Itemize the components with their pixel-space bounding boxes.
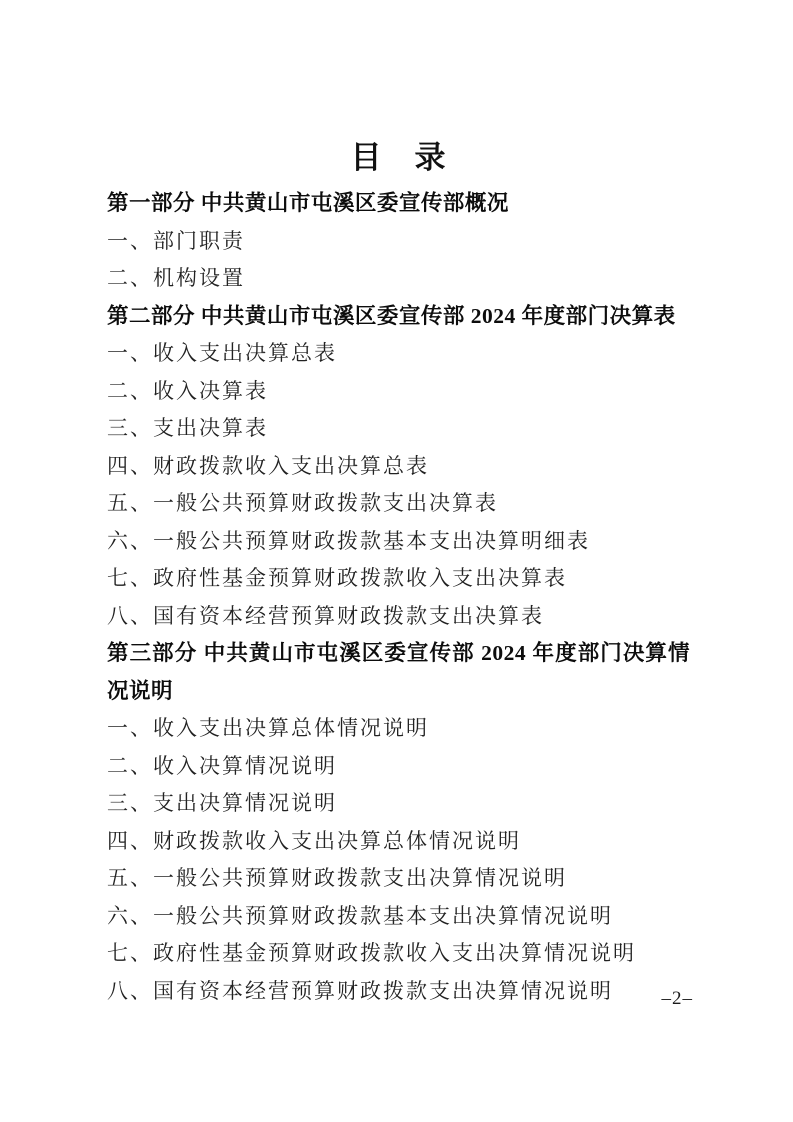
toc-item-part3-5: 五、一般公共预算财政拨款支出决算情况说明 — [107, 860, 690, 898]
document-page: 目 录 第一部分 中共黄山市屯溪区委宣传部概况 一、部门职责 二、机构设置 第二… — [0, 0, 793, 1122]
page-title: 目 录 — [107, 138, 690, 178]
toc-part-2-heading: 第二部分 中共黄山市屯溪区委宣传部 2024 年度部门决算表 — [107, 298, 690, 336]
toc-item-part2-3: 三、支出决算表 — [107, 410, 690, 448]
toc-part-3-heading: 第三部分 中共黄山市屯溪区委宣传部 2024 年度部门决算情况说明 — [107, 635, 690, 710]
toc-item-part2-2: 二、收入决算表 — [107, 373, 690, 411]
toc-item-part3-1: 一、收入支出决算总体情况说明 — [107, 710, 690, 748]
toc-item-part3-4: 四、财政拨款收入支出决算总体情况说明 — [107, 823, 690, 861]
toc-item-part3-6: 六、一般公共预算财政拨款基本支出决算情况说明 — [107, 898, 690, 936]
toc-item-part2-7: 七、政府性基金预算财政拨款收入支出决算表 — [107, 560, 690, 598]
toc-item-part2-1: 一、收入支出决算总表 — [107, 335, 690, 373]
page-number: –2– — [662, 988, 694, 1010]
toc-item-part1-2: 二、机构设置 — [107, 260, 690, 298]
table-of-contents: 第一部分 中共黄山市屯溪区委宣传部概况 一、部门职责 二、机构设置 第二部分 中… — [107, 185, 690, 1010]
toc-item-part3-2: 二、收入决算情况说明 — [107, 748, 690, 786]
toc-item-part1-1: 一、部门职责 — [107, 223, 690, 261]
toc-item-part2-5: 五、一般公共预算财政拨款支出决算表 — [107, 485, 690, 523]
toc-item-part3-7: 七、政府性基金预算财政拨款收入支出决算情况说明 — [107, 935, 690, 973]
toc-item-part3-8: 八、国有资本经营预算财政拨款支出决算情况说明 — [107, 973, 690, 1011]
toc-part-1-heading: 第一部分 中共黄山市屯溪区委宣传部概况 — [107, 185, 690, 223]
toc-item-part2-6: 六、一般公共预算财政拨款基本支出决算明细表 — [107, 523, 690, 561]
toc-item-part3-3: 三、支出决算情况说明 — [107, 785, 690, 823]
toc-item-part2-4: 四、财政拨款收入支出决算总表 — [107, 448, 690, 486]
toc-item-part2-8: 八、国有资本经营预算财政拨款支出决算表 — [107, 598, 690, 636]
